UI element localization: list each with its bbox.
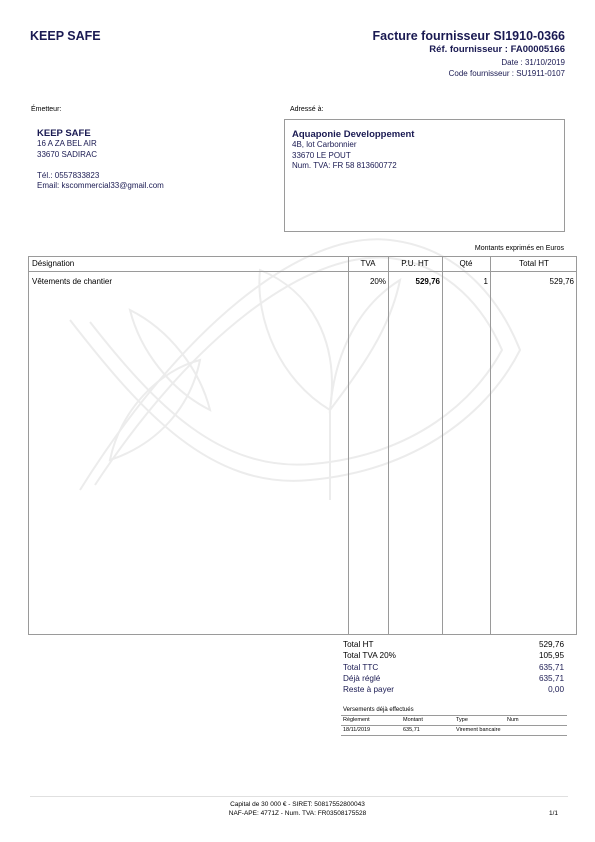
total-value: 105,95 xyxy=(539,650,564,661)
currency-note: Montants exprimés en Euros xyxy=(475,245,564,252)
row-tva: 20% xyxy=(348,277,386,286)
sender-address-block: KEEP SAFE 16 A ZA BEL AIR 33670 SADIRAC … xyxy=(37,128,164,192)
total-tva-row: Total TVA 20% 105,95 xyxy=(343,650,564,661)
total-label: Reste à payer xyxy=(343,684,394,695)
footer-line1: Capital de 30 000 € - SIRET: 50817552800… xyxy=(0,801,595,810)
row-unit-price: 529,76 xyxy=(388,277,440,286)
invoice-title: Facture fournisseur SI1910-0366 xyxy=(373,29,565,43)
total-label: Total TVA 20% xyxy=(343,650,396,661)
payment-type: Virement bancaire xyxy=(456,727,501,733)
column-divider xyxy=(388,257,389,634)
total-value: 635,71 xyxy=(539,662,564,673)
row-quantity: 1 xyxy=(442,277,488,286)
row-total-ht: 529,76 xyxy=(490,277,574,286)
column-divider xyxy=(490,257,491,634)
row-designation: Vêtements de chantier xyxy=(32,277,112,286)
table-header-divider xyxy=(29,271,576,272)
sender-address-line1: 16 A ZA BEL AIR xyxy=(37,139,164,150)
recipient-address-line2: 33670 LE POUT xyxy=(292,151,414,162)
column-header-quantity: Qté xyxy=(442,259,490,268)
total-ttc-row: Total TTC 635,71 xyxy=(343,662,564,673)
total-label: Déjà réglé xyxy=(343,673,380,684)
sender-name: KEEP SAFE xyxy=(37,128,164,139)
recipient-address-box: Aquaponie Developpement 4B, lot Carbonni… xyxy=(284,119,565,232)
recipient-label: Adressé à: xyxy=(290,106,323,113)
footer-divider xyxy=(30,796,568,797)
remaining-row: Reste à payer 0,00 xyxy=(343,684,564,695)
payments-table: Règlement Montant Type Num 18/11/2019 63… xyxy=(341,715,567,736)
payments-title: Versements déjà effectués xyxy=(343,707,414,713)
page-number: 1/1 xyxy=(549,810,558,817)
sender-label: Émetteur: xyxy=(31,106,61,113)
payment-date: 18/11/2019 xyxy=(343,727,370,733)
sender-email: Email: kscommercial33@gmail.com xyxy=(37,181,164,192)
payments-header-row: Règlement Montant Type Num xyxy=(341,715,567,726)
footer-legal-info: Capital de 30 000 € - SIRET: 50817552800… xyxy=(0,801,595,818)
payments-col-num: Num xyxy=(507,717,519,723)
payment-amount: 635,71 xyxy=(403,727,420,733)
payments-col-settlement: Règlement xyxy=(343,717,370,723)
total-label: Total TTC xyxy=(343,662,378,673)
column-header-designation: Désignation xyxy=(32,259,74,268)
total-value: 635,71 xyxy=(539,673,564,684)
supplier-code: Code fournisseur : SU1911-0107 xyxy=(449,69,565,78)
company-name: KEEP SAFE xyxy=(30,29,101,43)
column-header-tva: TVA xyxy=(348,259,388,268)
already-paid-row: Déjà réglé 635,71 xyxy=(343,673,564,684)
recipient-name: Aquaponie Developpement xyxy=(292,129,414,140)
totals-block: Total HT 529,76 Total TVA 20% 105,95 Tot… xyxy=(343,639,564,695)
column-header-unit-price: P.U. HT xyxy=(388,259,442,268)
recipient-vat-number: Num. TVA: FR 58 813600772 xyxy=(292,161,414,172)
footer-line2: NAF-APE: 4771Z - Num. TVA: FR03508175528 xyxy=(0,810,595,819)
column-header-total-ht: Total HT xyxy=(490,259,578,268)
total-value: 529,76 xyxy=(539,639,564,650)
sender-phone: Tél.: 0557833823 xyxy=(37,171,164,182)
payments-col-type: Type xyxy=(456,717,468,723)
payment-row: 18/11/2019 635,71 Virement bancaire xyxy=(341,726,567,736)
sender-address-line2: 33670 SADIRAC xyxy=(37,150,164,161)
supplier-reference: Réf. fournisseur : FA00005166 xyxy=(429,44,565,55)
column-divider xyxy=(442,257,443,634)
total-value: 0,00 xyxy=(548,684,564,695)
total-label: Total HT xyxy=(343,639,373,650)
column-divider xyxy=(348,257,349,634)
payments-col-amount: Montant xyxy=(403,717,423,723)
items-table: Désignation TVA P.U. HT Qté Total HT Vêt… xyxy=(28,256,577,635)
invoice-date: Date : 31/10/2019 xyxy=(501,58,565,67)
total-ht-row: Total HT 529,76 xyxy=(343,639,564,650)
recipient-address-line1: 4B, lot Carbonnier xyxy=(292,140,414,151)
